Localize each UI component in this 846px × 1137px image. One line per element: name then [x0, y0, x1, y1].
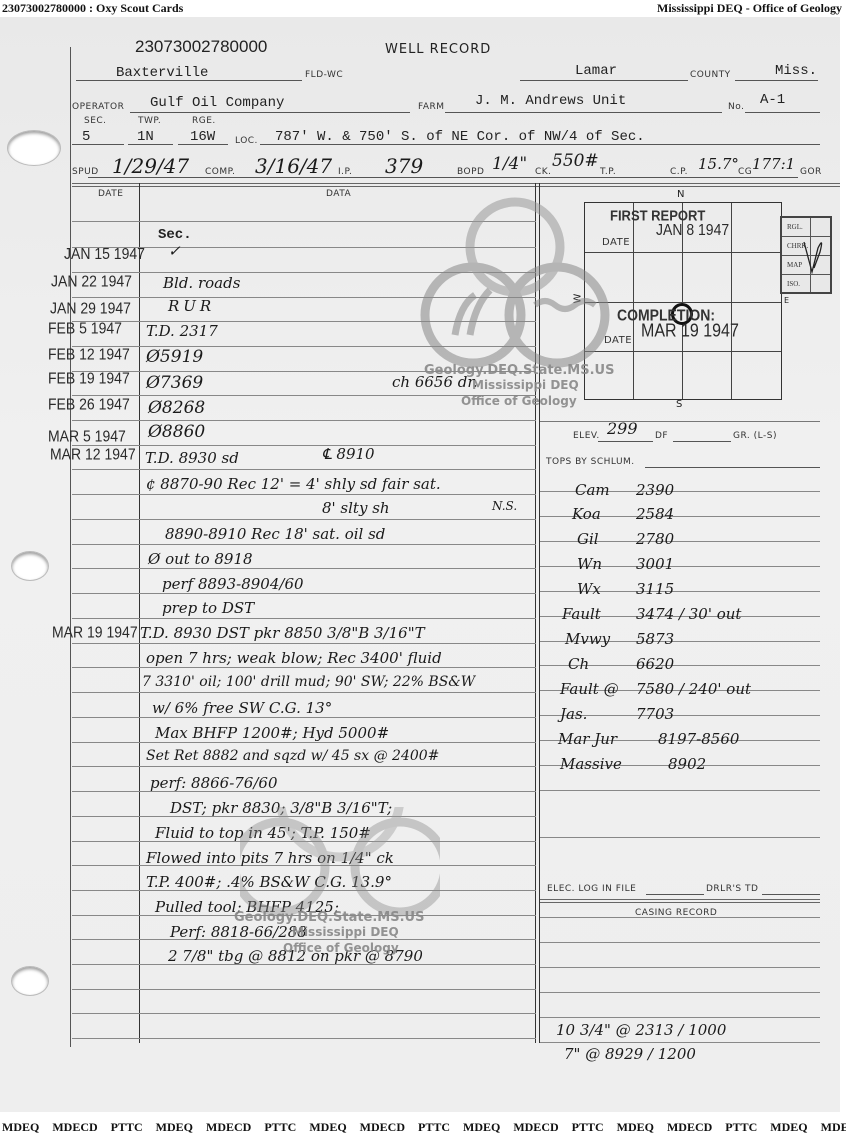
comp-value: 3/16/47 — [255, 154, 332, 178]
well-record-card: 23073002780000 WELL RECORD Baxterville F… — [0, 17, 840, 1112]
entry-date: FEB 12 1947 — [48, 345, 130, 363]
top-depth: 2584 — [636, 505, 674, 523]
entry-data: T.D. 8930 sd — [145, 449, 239, 467]
margin-line — [70, 47, 71, 1047]
entry-date: JAN 29 1947 — [50, 299, 131, 317]
top-depth: 3115 — [636, 580, 674, 598]
data-column-divider — [539, 183, 540, 1043]
entry-data: Ø out to 8918 — [148, 550, 253, 568]
top-depth: 2390 — [636, 481, 674, 499]
plat-south: S — [676, 399, 682, 410]
top-depth: 3001 — [636, 555, 674, 573]
document-title: 23073002780000 : Oxy Scout Cards — [2, 0, 183, 17]
watermark-text: Mississippi DEQ — [472, 378, 579, 392]
top-depth: 2780 — [636, 530, 674, 548]
spud-value: 1/29/47 — [112, 154, 189, 178]
bopd-value: 1/4" — [492, 154, 527, 174]
entry-data: Ø8268 — [148, 398, 205, 418]
cg-value: 177:1 — [752, 155, 795, 173]
df-label: DF — [655, 431, 668, 441]
entry-data: 8' slty sh — [322, 499, 390, 517]
well-no-value: A-1 — [760, 92, 785, 108]
top-name: Gil — [577, 530, 599, 548]
entry-data: ¢ 8870-90 Rec 12' = 4' shly sd fair sat. — [146, 475, 441, 493]
top-name: Koa — [572, 505, 601, 523]
entry-data: RUR — [168, 297, 215, 315]
watermark-text: Mississippi DEQ — [292, 925, 399, 939]
entry-data: Ø7369 — [146, 373, 203, 393]
bopd-label: BOPD — [457, 167, 484, 177]
ip-label: I.P. — [338, 167, 352, 177]
plat-west: W — [572, 294, 583, 304]
top-depth: 8197-8560 — [658, 730, 739, 748]
entry-date: FEB 5 1947 — [48, 319, 122, 337]
casing-item: 10 3/4" @ 2313 / 1000 — [556, 1021, 726, 1039]
entry-data: Bld. roads — [163, 274, 240, 292]
top-depth: 3474 / 30' out — [636, 605, 741, 623]
check-iso: ISO. — [782, 275, 830, 294]
review-checkbox-grid: RGL. CHRK. MAP ISO. — [780, 216, 832, 294]
entry-data: prep to DST — [162, 599, 254, 617]
top-name: Wn — [577, 555, 602, 573]
entry-date: MAR 19 1947 — [52, 623, 138, 641]
tp-label: T.P. — [600, 167, 616, 177]
entry-data: perf 8893-8904/60 — [162, 575, 304, 593]
entry-data: 8890-8910 Rec 18' sat. oil sd — [165, 525, 385, 543]
field-value: Baxterville — [116, 65, 208, 81]
cp-value: 15.7° — [698, 155, 739, 173]
entry-data: w/ 6% free SW C.G. 13° — [152, 699, 332, 717]
entry-note: ℄ 8910 — [322, 445, 375, 463]
loc-value: 787' W. & 750' S. of NE Cor. of NW/4 of … — [275, 129, 645, 145]
card-title: WELL RECORD — [385, 42, 491, 57]
drlr-td-label: DRLR'S TD — [706, 884, 758, 894]
elev-label: ELEV. — [573, 431, 600, 441]
top-name: Fault — [562, 605, 601, 623]
watermark-text: Office of Geology — [461, 394, 577, 408]
entry-data: T.P. 400#; .4% BS&W C.G. 13.9° — [146, 873, 392, 891]
first-report-date: JAN 8 1947 — [656, 220, 729, 238]
entry-data: T.D. 8930 DST pkr 8850 3/8"B 3/16"T — [140, 624, 425, 642]
rge-value: 16W — [190, 129, 215, 145]
entry-data: ✓ — [168, 242, 181, 260]
county-label: COUNTY — [690, 70, 731, 80]
footer-agency-strip: MDEQ MDECD PTTC MDEQ MDECD PTTC MDEQ MDE… — [0, 1118, 846, 1137]
top-name: Cam — [575, 481, 610, 499]
farm-label: FARM — [418, 102, 445, 112]
entry-data: perf: 8866-76/60 — [150, 774, 278, 792]
top-name: Massive — [560, 755, 622, 773]
entry-data: Ø5919 — [146, 347, 203, 367]
field-label: FLD-WC — [305, 70, 343, 80]
top-name: Ch — [568, 655, 589, 673]
top-name: Wx — [577, 580, 601, 598]
twp-value: 1N — [137, 129, 154, 145]
comp-label: COMP. — [205, 167, 236, 177]
gor-label: GOR — [800, 167, 822, 177]
watermark-text: Office of Geology — [283, 941, 399, 955]
agency-name: Mississippi DEQ - Office of Geology — [657, 0, 842, 17]
entry-date: JAN 15 1947 — [64, 244, 145, 262]
entry-data: 7 3310' oil; 100' drill mud; 90' SW; 22%… — [142, 674, 475, 690]
operator-value: Gulf Oil Company — [150, 95, 284, 111]
top-name: Mvwy — [565, 630, 610, 648]
entry-data: Max BHFP 1200#; Hyd 5000# — [155, 724, 389, 742]
loc-label: LOC. — [235, 136, 258, 146]
plat-east: E — [784, 296, 789, 305]
date-column-divider — [139, 183, 140, 1043]
entry-data: Perf: 8818-66/288 — [170, 923, 307, 941]
top-depth: 7580 / 240' out — [636, 680, 751, 698]
first-report-date-label: DATE — [602, 237, 630, 248]
entry-data: T.D. 2317 — [146, 322, 218, 340]
ip-value: 379 — [385, 154, 423, 178]
initials-icon — [800, 238, 830, 274]
sec-label: SEC. — [84, 116, 107, 126]
cg-label: CG — [738, 167, 752, 177]
entry-date: FEB 19 1947 — [48, 369, 130, 387]
top-name: Jas. — [560, 705, 587, 723]
api-number: 23073002780000 — [135, 37, 267, 57]
punch-hole-icon — [8, 131, 60, 165]
plat-north: N — [677, 189, 684, 200]
state-value: Miss. — [775, 63, 817, 79]
entry-data: open 7 hrs; weak blow; Rec 3400' fluid — [146, 649, 442, 667]
elec-log-label: ELEC. LOG IN FILE — [547, 884, 636, 894]
county-value: Lamar — [575, 63, 617, 79]
data-column-header: DATA — [326, 189, 351, 199]
twp-label: TWP. — [138, 116, 161, 126]
data-column-divider — [535, 183, 536, 1043]
punch-hole-icon — [12, 967, 48, 995]
entry-date: JAN 22 1947 — [51, 272, 132, 290]
entry-data: Fluid to top in 45'; T.P. 150# — [155, 824, 371, 842]
ck-value: 550# — [552, 151, 599, 171]
top-depth: 5873 — [636, 630, 674, 648]
top-name: Mar Jur — [558, 730, 617, 748]
entry-data: Ø8860 — [148, 422, 205, 442]
well-no-label: No. — [728, 102, 744, 112]
tops-label: TOPS BY SCHLUM. — [546, 457, 635, 467]
ck-label: CK. — [535, 167, 552, 177]
watermark-text: Geology.DEQ.State.MS.US — [234, 910, 424, 925]
entry-date: FEB 26 1947 — [48, 395, 130, 413]
rge-label: RGE. — [192, 116, 216, 126]
operator-label: OPERATOR — [72, 102, 124, 112]
farm-value: J. M. Andrews Unit — [475, 93, 626, 109]
sec-value: 5 — [82, 129, 90, 145]
entry-date: MAR 5 1947 — [48, 427, 126, 445]
gr-label: GR. (L-S) — [733, 431, 777, 441]
entry-date: MAR 12 1947 — [50, 445, 136, 463]
casing-item: 7" @ 8929 / 1200 — [564, 1045, 696, 1063]
top-depth: 8902 — [668, 755, 706, 773]
top-depth: 7703 — [636, 705, 674, 723]
entry-data: Set Ret 8882 and sqzd w/ 45 sx @ 2400# — [146, 748, 439, 764]
completion-date: MAR 19 1947 — [641, 322, 739, 343]
watermark-text: Geology.DEQ.State.MS.US — [424, 363, 614, 378]
completion-date-label: DATE — [604, 335, 632, 346]
casing-record-label: CASING RECORD — [635, 908, 717, 918]
top-name: Fault @ — [560, 680, 619, 698]
top-depth: 6620 — [636, 655, 674, 673]
entry-data: Sec. — [158, 227, 192, 243]
check-rgl: RGL. — [782, 218, 830, 237]
cp-label: C.P. — [670, 167, 688, 177]
spud-label: SPUD — [72, 167, 99, 177]
punch-hole-icon — [12, 552, 48, 580]
elev-value: 299 — [607, 419, 638, 438]
entry-note: N.S. — [492, 499, 517, 513]
entry-data: DST; pkr 8830; 3/8"B 3/16"T; — [170, 799, 392, 817]
date-column-header: DATE — [98, 189, 123, 199]
viewer-header: 23073002780000 : Oxy Scout Cards Mississ… — [0, 0, 846, 17]
entry-data: Flowed into pits 7 hrs on 1/4" ck — [146, 849, 394, 867]
